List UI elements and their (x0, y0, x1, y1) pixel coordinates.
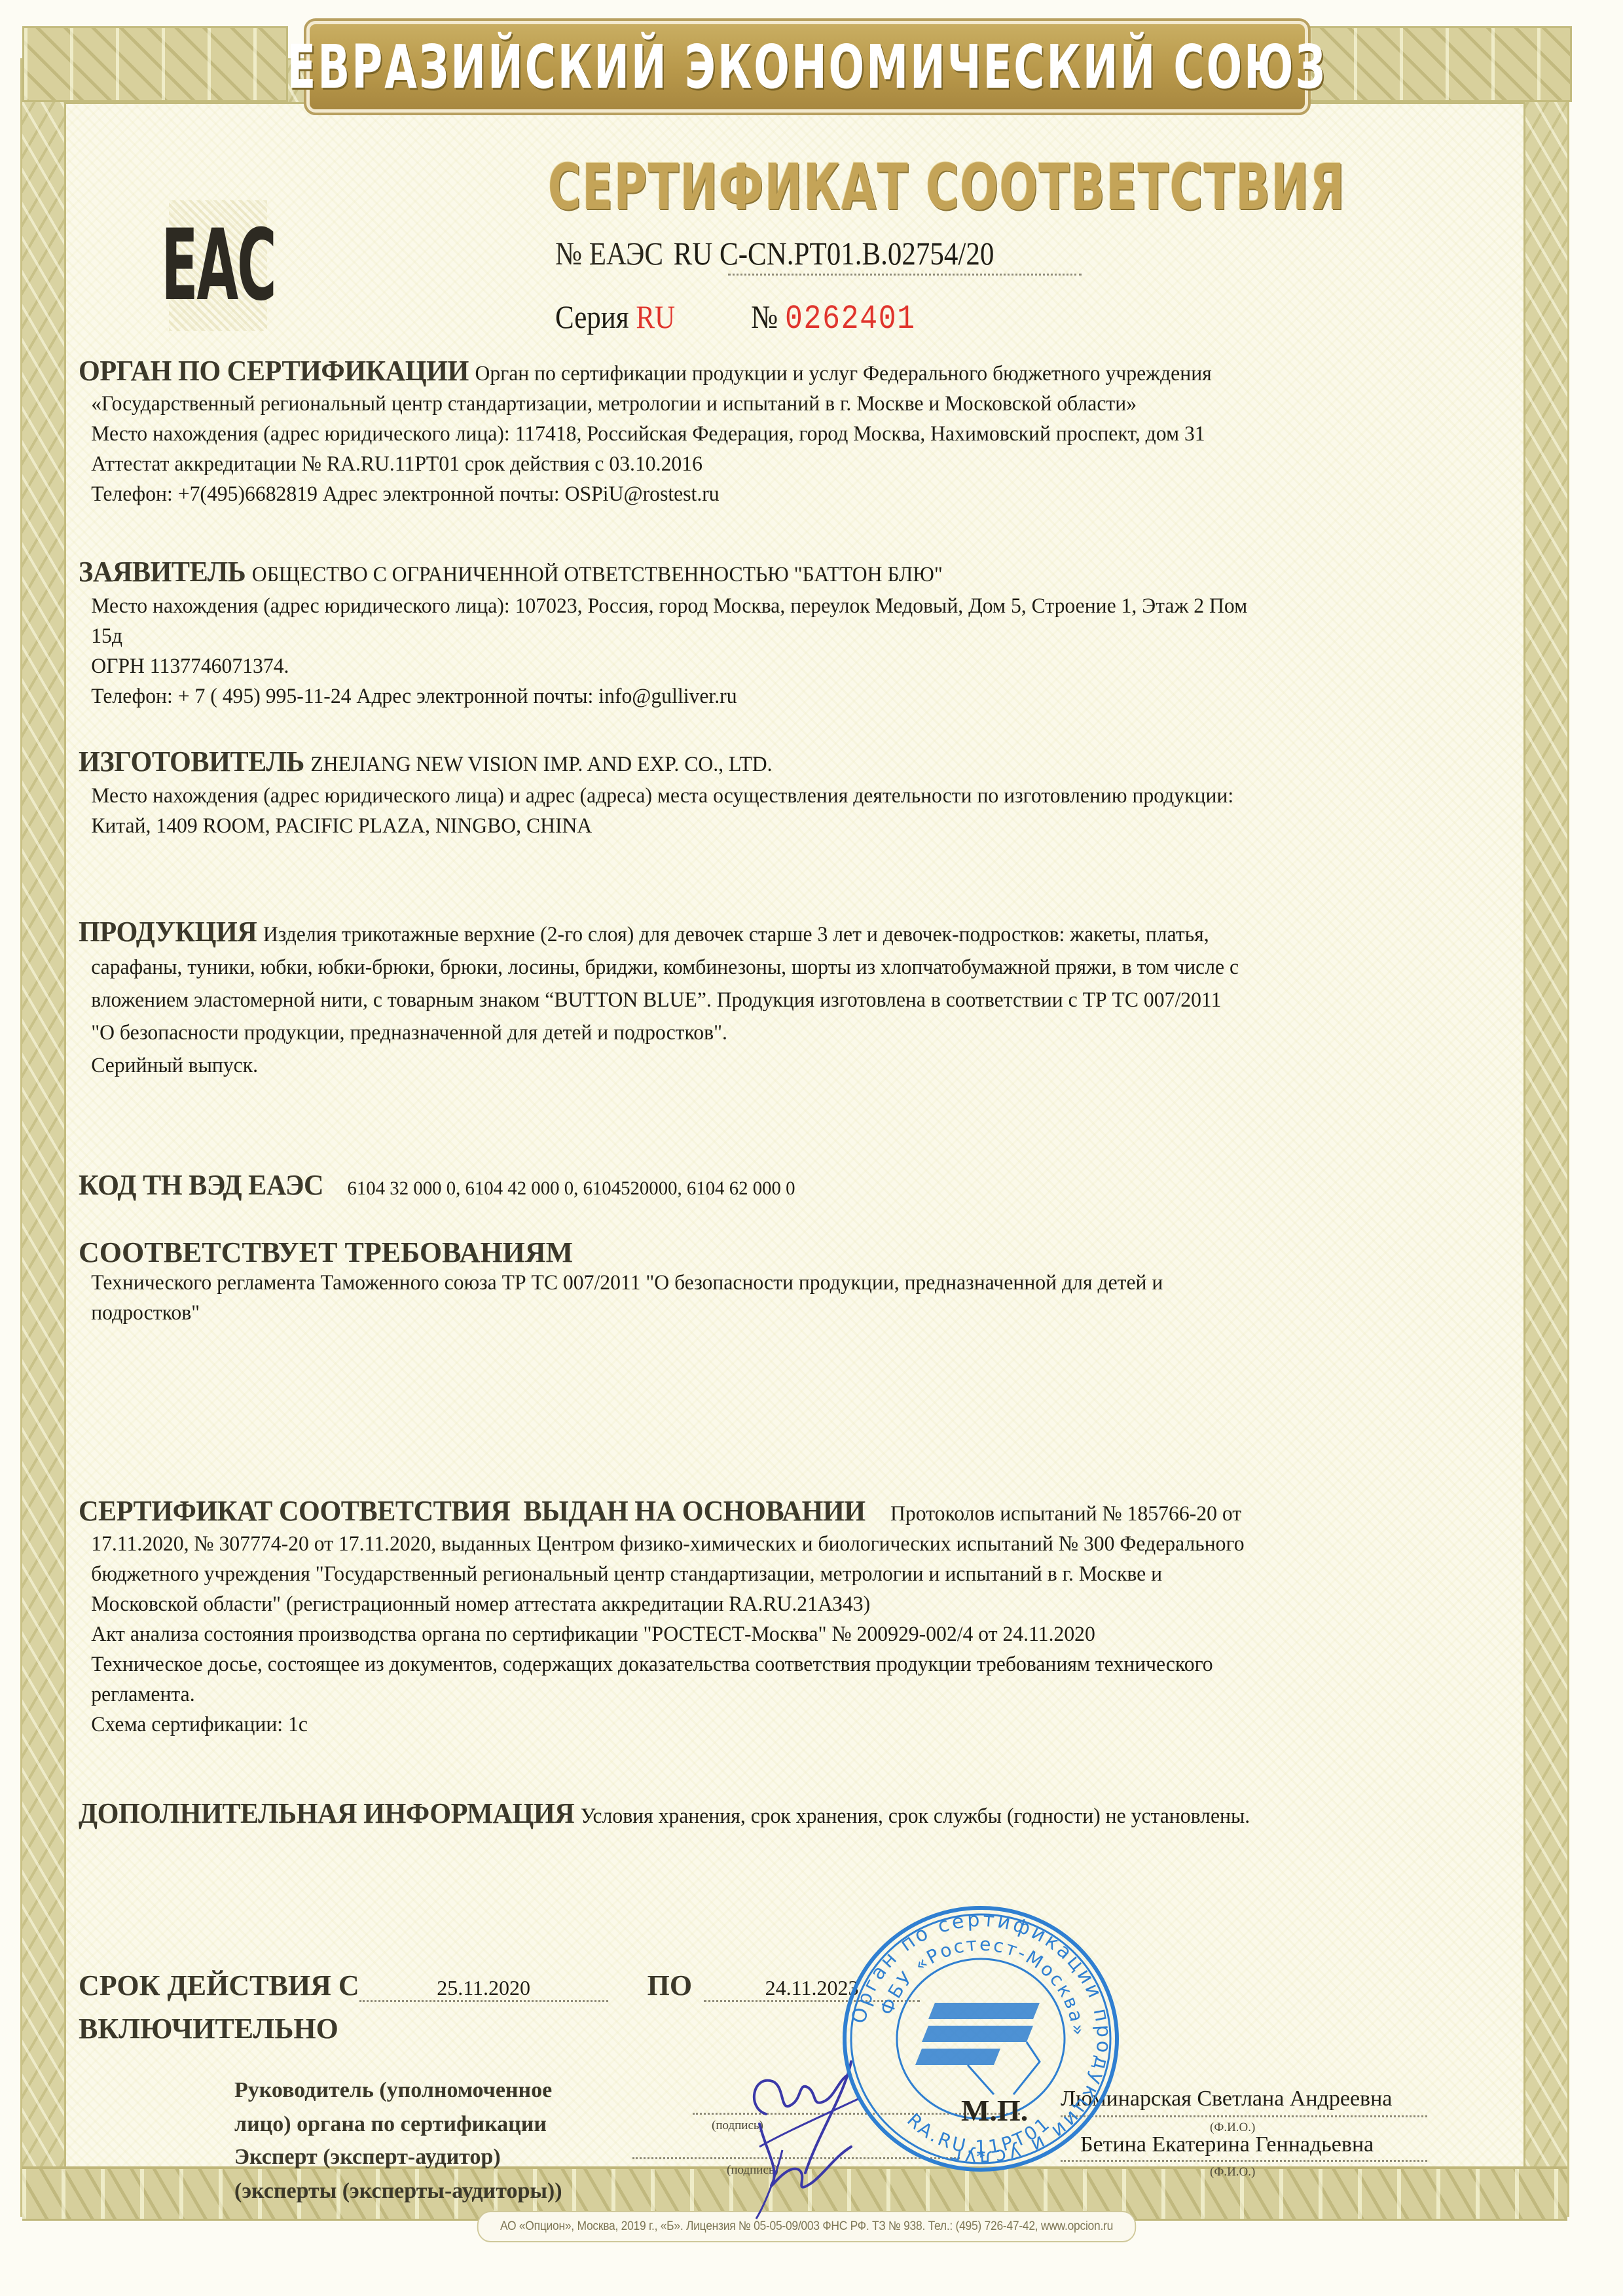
banner-ornament-left (22, 26, 288, 102)
seal-place-label: М.П. (961, 2093, 1028, 2128)
banner-ornament-right (1306, 26, 1572, 102)
head-label: Руководитель (уполномоченное лицо) орган… (234, 2073, 552, 2142)
section-heading: ЗАЯВИТЕЛЬ (79, 556, 246, 588)
head-name-line (1061, 2115, 1427, 2117)
validity-to-label: ПО (647, 1969, 692, 2001)
section-heading: СООТВЕТСТВУЕТ ТРЕБОВАНИЯМ (79, 1240, 1525, 1265)
section-manufacturer: ИЗГОТОВИТЕЛЬZHEJIANG NEW VISION IMP. AND… (79, 749, 1525, 838)
serial-number: 0262401 (785, 300, 916, 338)
head-signature-caption: (подпись) (712, 2119, 763, 2133)
expert-signature-caption: (подпись) (727, 2163, 778, 2178)
expert-name: Бетина Екатерина Геннадьевна (1080, 2132, 1374, 2157)
serial-prefix: № (751, 298, 778, 335)
section-product: ПРОДУКЦИЯИзделия трикотажные верхние (2-… (79, 920, 1525, 1078)
section-additional-info: ДОПОЛНИТЕЛЬНАЯ ИНФОРМАЦИЯУсловия хранени… (79, 1801, 1525, 1829)
validity-inclusive: ВКЛЮЧИТЕЛЬНО (79, 2012, 338, 2045)
union-banner-text: ЕВРАЗИЙСКИЙ ЭКОНОМИЧЕСКИЙ СОЮЗ (287, 32, 1328, 102)
section-heading: КОД ТН ВЭД ЕАЭС (79, 1169, 323, 1201)
section-heading: ПРОДУКЦИЯ (79, 916, 257, 948)
certificate-number-prefix: № ЕАЭС (555, 235, 663, 272)
union-banner: ЕВРАЗИЙСКИЙ ЭКОНОМИЧЕСКИЙ СОЮЗ (306, 21, 1308, 113)
expert-name-line (1061, 2160, 1427, 2162)
section-hs-code: КОД ТН ВЭД ЕАЭС6104 32 000 0, 6104 42 00… (79, 1173, 1525, 1201)
certificate-number: № ЕАЭСRU C-CN.PT01.B.02754/20 (555, 234, 994, 272)
expert-signature-line (632, 2157, 960, 2159)
section-heading: СЕРТИФИКАТ СООТВЕТСТВИЯ ВЫДАН НА ОСНОВАН… (79, 1495, 866, 1527)
section-applicant: ЗАЯВИТЕЛЬОБЩЕСТВО С ОГРАНИЧЕННОЙ ОТВЕТСТ… (79, 560, 1525, 709)
series-value: RU (636, 298, 675, 335)
hs-code-values: 6104 32 000 0, 6104 42 000 0, 6104520000… (348, 1177, 795, 1199)
blank-series: Серия RU № 0262401 (555, 298, 916, 338)
section-basis: СЕРТИФИКАТ СООТВЕТСТВИЯ ВЫДАН НА ОСНОВАН… (79, 1499, 1525, 1737)
expert-label: Эксперт (эксперт-аудитор) (эксперты (экс… (234, 2140, 562, 2208)
validity-from-date: 25.11.2020 (359, 1976, 608, 2002)
section-heading: ИЗГОТОВИТЕЛЬ (79, 745, 304, 778)
eac-mark-icon: ЕАС (169, 200, 267, 331)
series-label: Серия (555, 298, 629, 335)
section-certification-body: ОРГАН ПО СЕРТИФИКАЦИИОрган по сертификац… (79, 359, 1525, 507)
section-conformity: СООТВЕТСТВУЕТ ТРЕБОВАНИЯМ Технического р… (79, 1240, 1525, 1325)
certificate-title: СЕРТИФИКАТ СООТВЕТСТВИЯ (548, 151, 1076, 224)
validity-period: СРОК ДЕЙСТВИЯ С25.11.2020ПО24.11.2023 (79, 1969, 920, 2002)
number-underline (728, 274, 1082, 276)
section-heading: ДОПОЛНИТЕЛЬНАЯ ИНФОРМАЦИЯ (79, 1797, 574, 1829)
certificate-number-value: RU C-CN.PT01.B.02754/20 (674, 235, 994, 272)
head-name: Люминарская Светлана Андреевна (1061, 2087, 1392, 2111)
section-heading: ОРГАН ПО СЕРТИФИКАЦИИ (79, 355, 469, 387)
printer-imprint: АО «Опцион», Москва, 2019 г., «Б». Лицен… (477, 2211, 1136, 2242)
expert-name-caption: (Ф.И.О.) (1210, 2165, 1255, 2179)
validity-from-label: СРОК ДЕЙСТВИЯ С (79, 1969, 359, 2001)
validity-to-date: 24.11.2023 (704, 1976, 920, 2002)
